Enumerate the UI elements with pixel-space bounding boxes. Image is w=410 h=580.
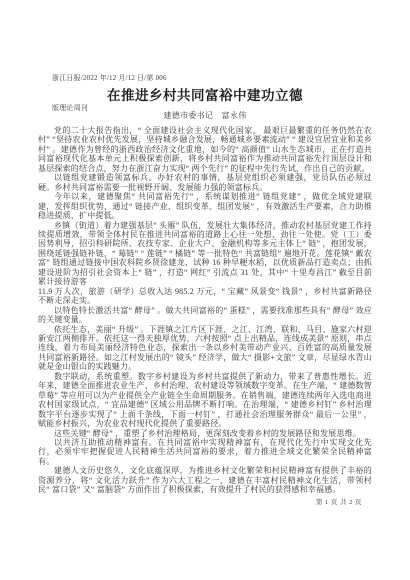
article-paragraph: 数字联动，系统重塑。数字乡村建设为乡村共富提供了新动力，带来了普惠性增长。近年来…	[38, 372, 372, 429]
article-paragraph: 党的二十大报告指出，“ 全面建设社会主义现代化国家， 最艰巨最繁重的任务仍然在农…	[38, 126, 372, 173]
article-paragraph: 依托生态，美丽“ 升级” 。下涯镇之江片区下涯、之江、江湾、联和、马目、施家六村…	[38, 325, 372, 372]
document-page: 浙江日报/2022 年/12 月/12 日/第 006 版理论周刊 在推进乡村共…	[0, 0, 410, 580]
article-paragraph: 以链组党建锻造领富标兵。办好农村的事情，基层党组织必须建强，党员队伍必须过硬。乡…	[38, 173, 372, 192]
article-byline: 建德市委书记 富永伟	[0, 110, 410, 121]
article-title: 在推进乡村共同富裕中建功立德	[0, 84, 410, 104]
article-paragraph: 以共济互助推动精神富有。在共同富裕中实现精神富有，在现代化先行中实现文化先行，必…	[38, 438, 372, 466]
source-line: 浙江日报/2022 年/12 月/12 日/第 006	[52, 73, 167, 83]
article-paragraph: 11.9 万人次，旅游（研学）总收入达 985.2 万元，“ 宝藏” 风景变“ …	[38, 287, 372, 306]
article-body: 党的二十大报告指出，“ 全面建设社会主义现代化国家， 最艰巨最繁重的任务仍然在农…	[38, 126, 372, 495]
article-paragraph: 以特色特长激活共富“ 酵母” 。做大共同富裕的“ 蛋糕” ，需要找准那些具有“ …	[38, 306, 372, 325]
article-paragraph: 今年以来，建德聚焦“ 共同富裕先行” ，系统谋划推进“ 链组党建” ，做优全域党…	[38, 192, 372, 220]
article-paragraph: 乡镇（街道）着力建强基层“ 头雁” 队伍，发展壮大集体经济，推动农村基层党建工作…	[38, 221, 372, 287]
article-paragraph: 这些关键“ 酵母” ，重塑了乡村治理格局，更深刻改变着乡村的发展路径和发展思维。	[38, 429, 372, 438]
article-paragraph: 建德人文历史悠久，文化底蕴深厚，为推进乡村文化繁荣和村民精神富有提供了丰裕的资源…	[38, 466, 372, 494]
page-number-label: 第 1 页 共 2 页	[316, 497, 362, 506]
